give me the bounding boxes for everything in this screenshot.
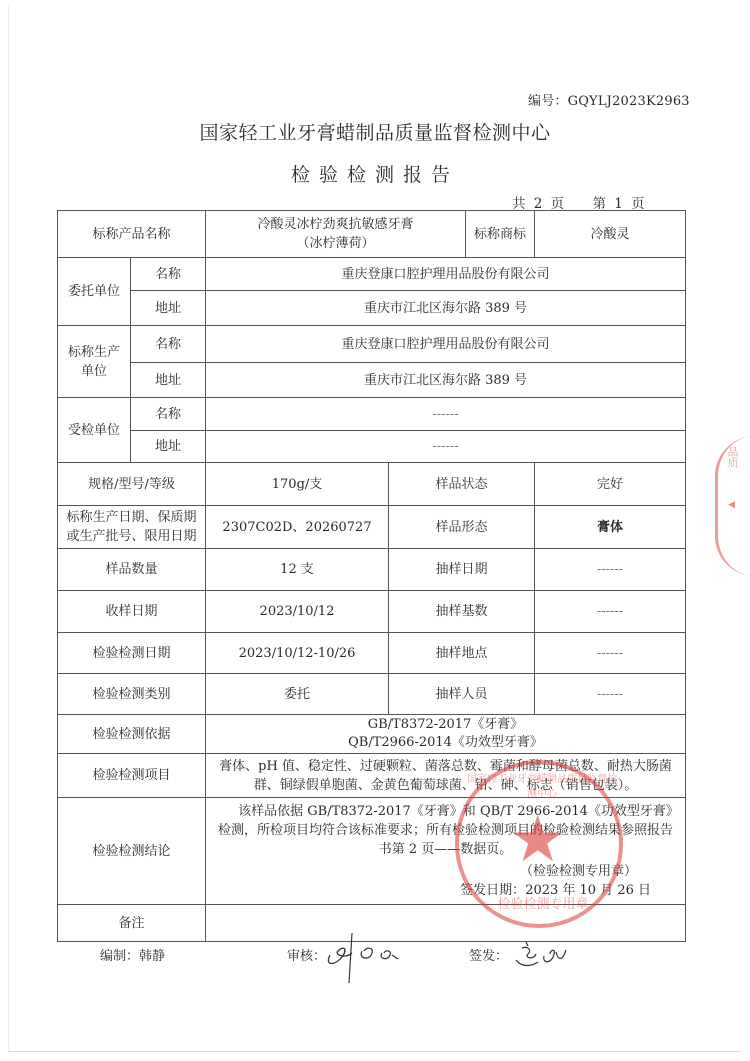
row-sample-quantity: 样品数量 12 支 抽样日期 ------ xyxy=(58,549,686,591)
reviewed-label: 审核： xyxy=(287,949,326,964)
manufacturer-label-line1: 标称生产 xyxy=(62,343,126,362)
document-number: 编号：GQYLJ2023K2963 xyxy=(528,90,690,109)
test-items-label: 检验检测项目 xyxy=(58,754,206,798)
inspected-address-label: 地址 xyxy=(131,431,206,463)
row-client-name: 委托单位 名称 重庆登康口腔护理用品股份有限公司 xyxy=(58,258,686,291)
prepared-name: 韩静 xyxy=(139,949,165,964)
sampler-value: ------ xyxy=(535,674,686,715)
document-number-value: GQYLJ2023K2963 xyxy=(568,94,690,109)
test-category-label: 检验检测类别 xyxy=(58,674,206,715)
side-seal-text: 品质 xyxy=(724,446,740,468)
row-receipt-date: 收样日期 2023/10/12 抽样基数 ------ xyxy=(58,591,686,633)
row-test-date: 检验检测日期 2023/10/12-10/26 抽样地点 ------ xyxy=(58,633,686,674)
prepared-by: 编制：韩静 xyxy=(100,945,165,964)
sample-state-label: 样品状态 xyxy=(389,463,535,506)
inspected-name-value: ------ xyxy=(206,398,686,431)
receipt-date-label: 收样日期 xyxy=(58,591,206,633)
approver-signature xyxy=(510,938,580,974)
remarks-value xyxy=(206,905,686,942)
inspected-name-label: 名称 xyxy=(131,398,206,431)
client-name-label: 名称 xyxy=(131,258,206,291)
test-conclusion-label: 检验检测结论 xyxy=(58,798,206,905)
report-title: 检验检测报告 xyxy=(0,160,750,187)
reviewer-signature xyxy=(322,925,422,985)
approved-by: 签发： xyxy=(469,945,508,964)
sample-quantity-label: 样品数量 xyxy=(58,549,206,591)
sampling-location-label: 抽样地点 xyxy=(389,633,535,674)
spec-label: 规格/型号/等级 xyxy=(58,463,206,506)
prepared-label: 编制： xyxy=(100,949,139,964)
product-name-label: 标称产品名称 xyxy=(58,211,206,258)
manufacturer-name-label: 名称 xyxy=(131,326,206,363)
client-address-label: 地址 xyxy=(131,291,206,326)
inspected-address-value: ------ xyxy=(206,431,686,463)
product-name-line1: 冷酸灵冰柠劲爽抗敏感牙膏 xyxy=(210,215,461,234)
row-specification: 规格/型号/等级 170g/支 样品状态 完好 xyxy=(58,463,686,506)
manufacturer-label-line2: 单位 xyxy=(62,362,126,381)
page-indicator: 共 2 页 第 1 页 xyxy=(512,192,653,212)
manufacturer-name-value: 重庆登康口腔护理用品股份有限公司 xyxy=(206,326,686,363)
perforation-seal-stamp: 品质 ◀ xyxy=(715,436,750,576)
sample-form-label: 样品形态 xyxy=(389,506,535,549)
triangle-icon: ◀ xyxy=(728,500,735,510)
test-date-value: 2023/10/12-10/26 xyxy=(206,633,389,674)
manufacturer-address-label: 地址 xyxy=(131,363,206,398)
test-date-label: 检验检测日期 xyxy=(58,633,206,674)
client-address-value: 重庆市江北区海尔路 389 号 xyxy=(206,291,686,326)
approved-label: 签发： xyxy=(469,949,508,964)
inspected-unit-label: 受检单位 xyxy=(58,398,131,463)
row-manufacturer-address: 地址 重庆市江北区海尔路 389 号 xyxy=(58,363,686,398)
seal-bottom-text: 检验检测专用章 xyxy=(473,893,613,912)
trademark-value: 冷酸灵 xyxy=(535,211,686,258)
spec-value: 170g/支 xyxy=(206,463,389,506)
sampler-label: 抽样人员 xyxy=(389,674,535,715)
row-test-category: 检验检测类别 委托 抽样人员 ------ xyxy=(58,674,686,715)
sampling-date-value: ------ xyxy=(535,549,686,591)
test-category-value: 委托 xyxy=(206,674,389,715)
receipt-date-value: 2023/10/12 xyxy=(206,591,389,633)
sampling-base-value: ------ xyxy=(535,591,686,633)
sampling-location-value: ------ xyxy=(535,633,686,674)
production-date-label-line1: 标称生产日期、保质期 xyxy=(60,508,203,527)
test-basis-label: 检验检测依据 xyxy=(58,715,206,754)
sampling-base-label: 抽样基数 xyxy=(389,591,535,633)
client-label: 委托单位 xyxy=(58,258,131,326)
row-inspected-address: 地址 ------ xyxy=(58,431,686,463)
sample-form-value: 膏体 xyxy=(535,506,686,549)
sample-state-value: 完好 xyxy=(535,463,686,506)
organization-title: 国家轻工业牙膏蜡制品质量监督检测中心 xyxy=(0,118,750,145)
row-manufacturer-name: 标称生产 单位 名称 重庆登康口腔护理用品股份有限公司 xyxy=(58,326,686,363)
row-test-basis: 检验检测依据 GB/T8372-2017《牙膏》 QB/T2966-2014《功… xyxy=(58,715,686,754)
reviewed-by: 审核： xyxy=(287,945,326,964)
test-basis-line1: GB/T8372-2017《牙膏》 xyxy=(210,716,681,734)
sample-quantity-value: 12 支 xyxy=(206,549,389,591)
client-name-value: 重庆登康口腔护理用品股份有限公司 xyxy=(206,258,686,291)
product-name-value: 冷酸灵冰柠劲爽抗敏感牙膏 （冰柠薄荷） xyxy=(206,211,466,258)
manufacturer-address-value: 重庆市江北区海尔路 389 号 xyxy=(206,363,686,398)
document-number-label: 编号： xyxy=(528,94,568,109)
remarks-label: 备注 xyxy=(58,905,206,942)
star-icon: ★ xyxy=(509,808,566,872)
test-basis-value: GB/T8372-2017《牙膏》 QB/T2966-2014《功效型牙膏》 xyxy=(206,715,686,754)
production-date-label: 标称生产日期、保质期 或生产批号、限用日期 xyxy=(58,506,206,549)
product-name-line2: （冰柠薄荷） xyxy=(210,234,461,253)
test-basis-line2: QB/T2966-2014《功效型牙膏》 xyxy=(210,734,681,752)
row-inspected-name: 受检单位 名称 ------ xyxy=(58,398,686,431)
row-product-name: 标称产品名称 冷酸灵冰柠劲爽抗敏感牙膏 （冰柠薄荷） 标称商标 冷酸灵 xyxy=(58,211,686,258)
trademark-label: 标称商标 xyxy=(466,211,535,258)
row-production-date: 标称生产日期、保质期 或生产批号、限用日期 2307C02D、20260727 … xyxy=(58,506,686,549)
seal-ring-text: 国家轻工业牙膏蜡制品质量监督检测中心 xyxy=(467,770,617,800)
production-date-value: 2307C02D、20260727 xyxy=(206,506,389,549)
production-date-label-line2: 或生产批号、限用日期 xyxy=(60,527,203,546)
manufacturer-label: 标称生产 单位 xyxy=(58,326,131,398)
sampling-date-label: 抽样日期 xyxy=(389,549,535,591)
official-seal-stamp: 国家轻工业牙膏蜡制品质量监督检测中心 ★ 检验检测专用章 xyxy=(455,760,623,928)
row-client-address: 地址 重庆市江北区海尔路 389 号 xyxy=(58,291,686,326)
